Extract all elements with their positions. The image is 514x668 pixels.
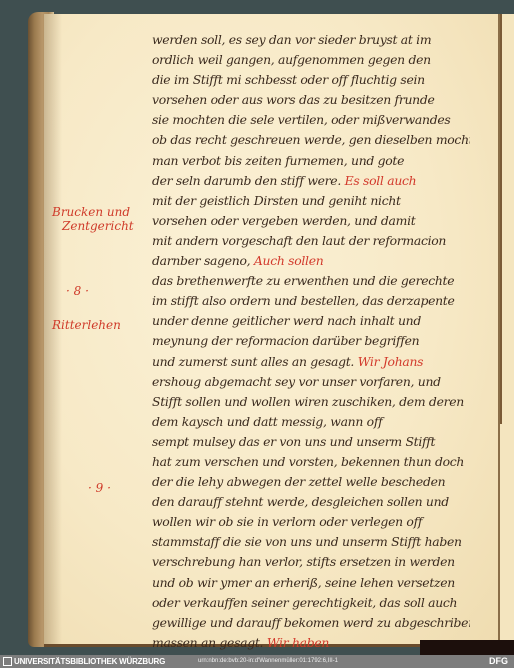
text-line: der seln darumb den stiff were. Es soll …: [152, 171, 470, 191]
text-line: dem kaysch und datt messig, wann off: [152, 412, 470, 432]
text-span: der seln darumb den stiff were.: [152, 173, 341, 188]
text-line: man verbot bis zeiten furnemen, und gote: [152, 151, 470, 171]
red-rubric: Auch sollen: [254, 253, 324, 268]
manuscript-text: werden soll, es sey dan vor sieder bruys…: [152, 30, 470, 668]
text-line: ordlich weil gangen, aufgenommen gegen d…: [152, 50, 470, 70]
text-line: Stifft sollen und wollen wiren zuschiken…: [152, 392, 470, 412]
text-line: im stifft also ordern und bestellen, das…: [152, 291, 470, 311]
red-rubric: Es soll auch: [345, 173, 417, 188]
red-rubric: Wir haben: [267, 635, 329, 650]
institution-name: UNIVERSITÄTSBIBLIOTHEK WÜRZBURG: [14, 655, 165, 668]
margin-note-knight-fief: Ritterlehen: [52, 318, 121, 332]
text-line: gewillige und darauff bekomen werd zu ab…: [152, 613, 470, 633]
dfg-logo: DFG: [489, 655, 508, 668]
gutter-line: [500, 14, 502, 424]
text-line: ob das recht geschreuen werde, gen diese…: [152, 130, 470, 150]
text-line: darnber sageno, Auch sollen: [152, 251, 470, 271]
text-line: verschrebung han verlor, stifts ersetzen…: [152, 552, 470, 572]
text-line: massen an gesagt. Wir haben: [152, 633, 470, 653]
library-logo-icon: [3, 657, 12, 666]
text-line: wollen wir ob sie in verlorn oder verleg…: [152, 512, 470, 532]
text-span: massen an gesagt.: [152, 635, 263, 650]
text-span: darnber sageno,: [152, 253, 250, 268]
text-line: sie mochten die sele vertilen, oder mißv…: [152, 110, 470, 130]
text-line: mit andern vorgeschaft den laut der refo…: [152, 231, 470, 251]
margin-number-8: · 8 ·: [66, 284, 89, 298]
text-line: die im Stifft mi schbesst oder off fluch…: [152, 70, 470, 90]
viewer-footer-bar: UNIVERSITÄTSBIBLIOTHEK WÜRZBURG urn:nbn:…: [0, 655, 514, 668]
text-line: sempt mulsey das er von uns und unserm S…: [152, 432, 470, 452]
text-line: und zumerst sunt alles an gesagt. Wir Jo…: [152, 352, 470, 372]
text-line: der die lehy abwegen der zettel welle be…: [152, 472, 470, 492]
text-line: ershoug abgemacht sey vor unser vorfaren…: [152, 372, 470, 392]
text-line: stammstaff die sie von uns und unserm St…: [152, 532, 470, 552]
margin-note-line: Brucken und: [52, 205, 134, 219]
text-line: meynung der reformacion darüber begriffe…: [152, 331, 470, 351]
margin-number-9: · 9 ·: [88, 481, 111, 495]
text-line: vorsehen oder aus wors das zu besitzen f…: [152, 90, 470, 110]
text-line: hat zum verschen und vorsten, bekennen t…: [152, 452, 470, 472]
margin-note-line: Zentgericht: [52, 219, 134, 233]
text-line: und ob wir ymer an erheriß, seine lehen …: [152, 573, 470, 593]
text-line: vorsehen oder vergeben werden, und damit: [152, 211, 470, 231]
red-rubric: Wir Johans: [358, 354, 423, 369]
text-line: oder verkauffen seiner gerechtigkeit, da…: [152, 593, 470, 613]
text-span: und zumerst sunt alles an gesagt.: [152, 354, 354, 369]
margin-note-bridges: Brucken und Zentgericht: [52, 205, 134, 233]
urn-label: urn:nbn:de:bvb:20-in:d'Wannenmüller:01:1…: [198, 655, 338, 668]
text-line: werden soll, es sey dan vor sieder bruys…: [152, 30, 470, 50]
text-line: den darauff stehnt werde, desgleichen so…: [152, 492, 470, 512]
text-line: under denne geitlicher werd nach inhalt …: [152, 311, 470, 331]
text-line: mit der geistlich Dirsten und geniht nic…: [152, 191, 470, 211]
text-line: das brethenwerfte zu erwenthen und die g…: [152, 271, 470, 291]
